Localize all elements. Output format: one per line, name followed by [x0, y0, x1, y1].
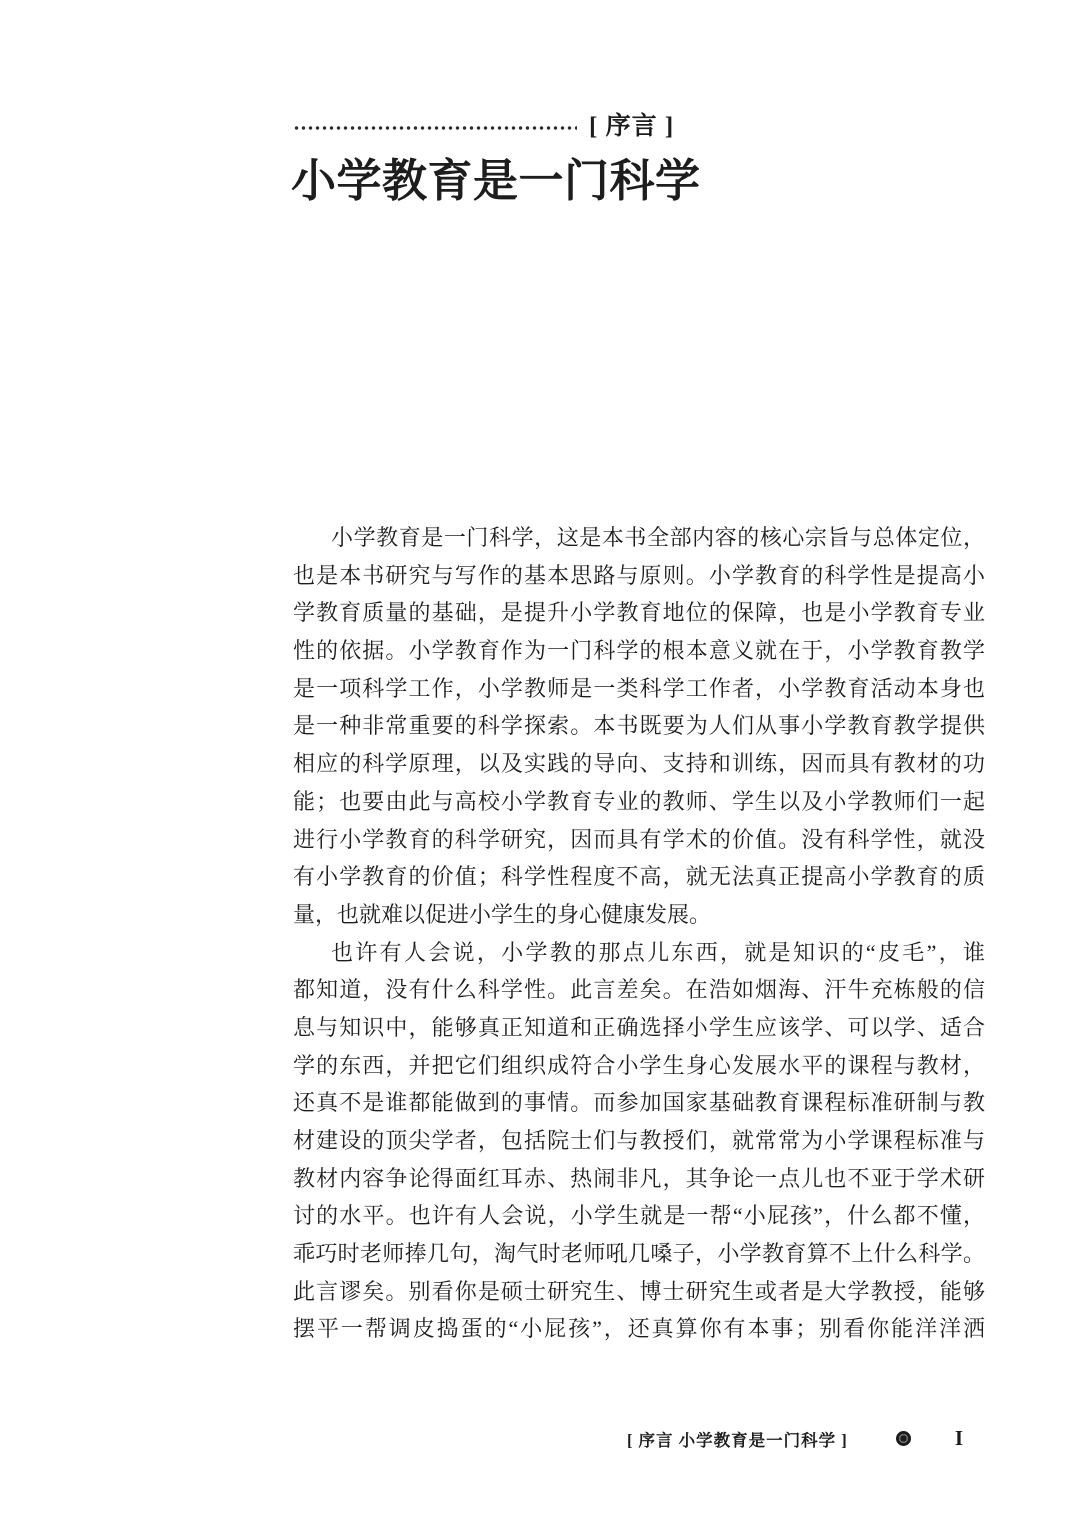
page-number: I	[955, 1426, 963, 1451]
page-title: 小学教育是一门科学	[291, 144, 701, 209]
text-line: 有小学教育的价值；科学性程度不高，就无法真正提高小学教育的质	[293, 858, 985, 896]
page-footer: [ 序言 小学教育是一门科学 ] I	[293, 1426, 985, 1451]
text-line: 教材内容争论得面红耳赤、热闹非凡，其争论一点儿也不亚于学术研	[293, 1160, 985, 1198]
text-line: 讨的水平。也许有人会说，小学生就是一帮“小屁孩”，什么都不懂，	[293, 1197, 985, 1235]
text-line: 此言谬矣。别看你是硕士研究生、博士研究生或者是大学教授，能够	[293, 1273, 985, 1311]
text-line: 进行小学教育的科学研究，因而具有学术的价值。没有科学性，就没	[293, 821, 985, 859]
text-line: 也是本书研究与写作的基本思路与原则。小学教育的科学性是提高小	[293, 557, 985, 595]
text-line: 能；也要由此与高校小学教育专业的教师、学生以及小学教师们一起	[293, 783, 985, 821]
section-label: [ 序言 ]	[589, 106, 674, 142]
text-line: 量，也就难以促进小学生的身心健康发展。	[293, 896, 985, 934]
text-line: 乖巧时老师捧几句，淘气时老师吼几嗓子，小学教育算不上什么科学。	[293, 1235, 985, 1273]
text-line: 学教育质量的基础，是提升小学教育地位的保障，也是小学教育专业	[293, 594, 985, 632]
text-line: 都知道，没有什么科学性。此言差矣。在浩如烟海、汗牛充栋般的信	[293, 971, 985, 1009]
text-line: 也许有人会说，小学教的那点儿东西，就是知识的“皮毛”，谁	[293, 934, 985, 972]
running-title: [ 序言 小学教育是一门科学 ]	[627, 1427, 848, 1451]
text-line: 学的东西，并把它们组织成符合小学生身心发展水平的课程与教材，	[293, 1047, 985, 1085]
text-line: 息与知识中，能够真正知道和正确选择小学生应该学、可以学、适合	[293, 1009, 985, 1047]
dotted-leader-line	[293, 125, 577, 131]
text-line: 是一项科学工作，小学教师是一类科学工作者，小学教育活动本身也	[293, 670, 985, 708]
text-line: 摆平一帮调皮捣蛋的“小屁孩”，还真算你有本事；别看你能洋洋洒	[293, 1310, 985, 1348]
text-line: 还真不是谁都能做到的事情。而参加国家基础教育课程标准研制与教	[293, 1084, 985, 1122]
target-dot-icon	[896, 1431, 911, 1446]
body-text: 小学教育是一门科学，这是本书全部内容的核心宗旨与总体定位，也是本书研究与写作的基…	[293, 519, 985, 1348]
book-page: [ 序言 ] 小学教育是一门科学 小学教育是一门科学，这是本书全部内容的核心宗旨…	[0, 0, 1080, 1515]
text-line: 材建设的顶尖学者，包括院士们与教授们，就常常为小学课程标准与	[293, 1122, 985, 1160]
text-line: 性的依据。小学教育作为一门科学的根本意义就在于，小学教育教学	[293, 632, 985, 670]
text-line: 相应的科学原理，以及实践的导向、支持和训练，因而具有教材的功	[293, 745, 985, 783]
text-line: 是一种非常重要的科学探索。本书既要为人们从事小学教育教学提供	[293, 707, 985, 745]
section-header: [ 序言 ]	[293, 106, 985, 142]
text-line: 小学教育是一门科学，这是本书全部内容的核心宗旨与总体定位，	[293, 519, 985, 557]
